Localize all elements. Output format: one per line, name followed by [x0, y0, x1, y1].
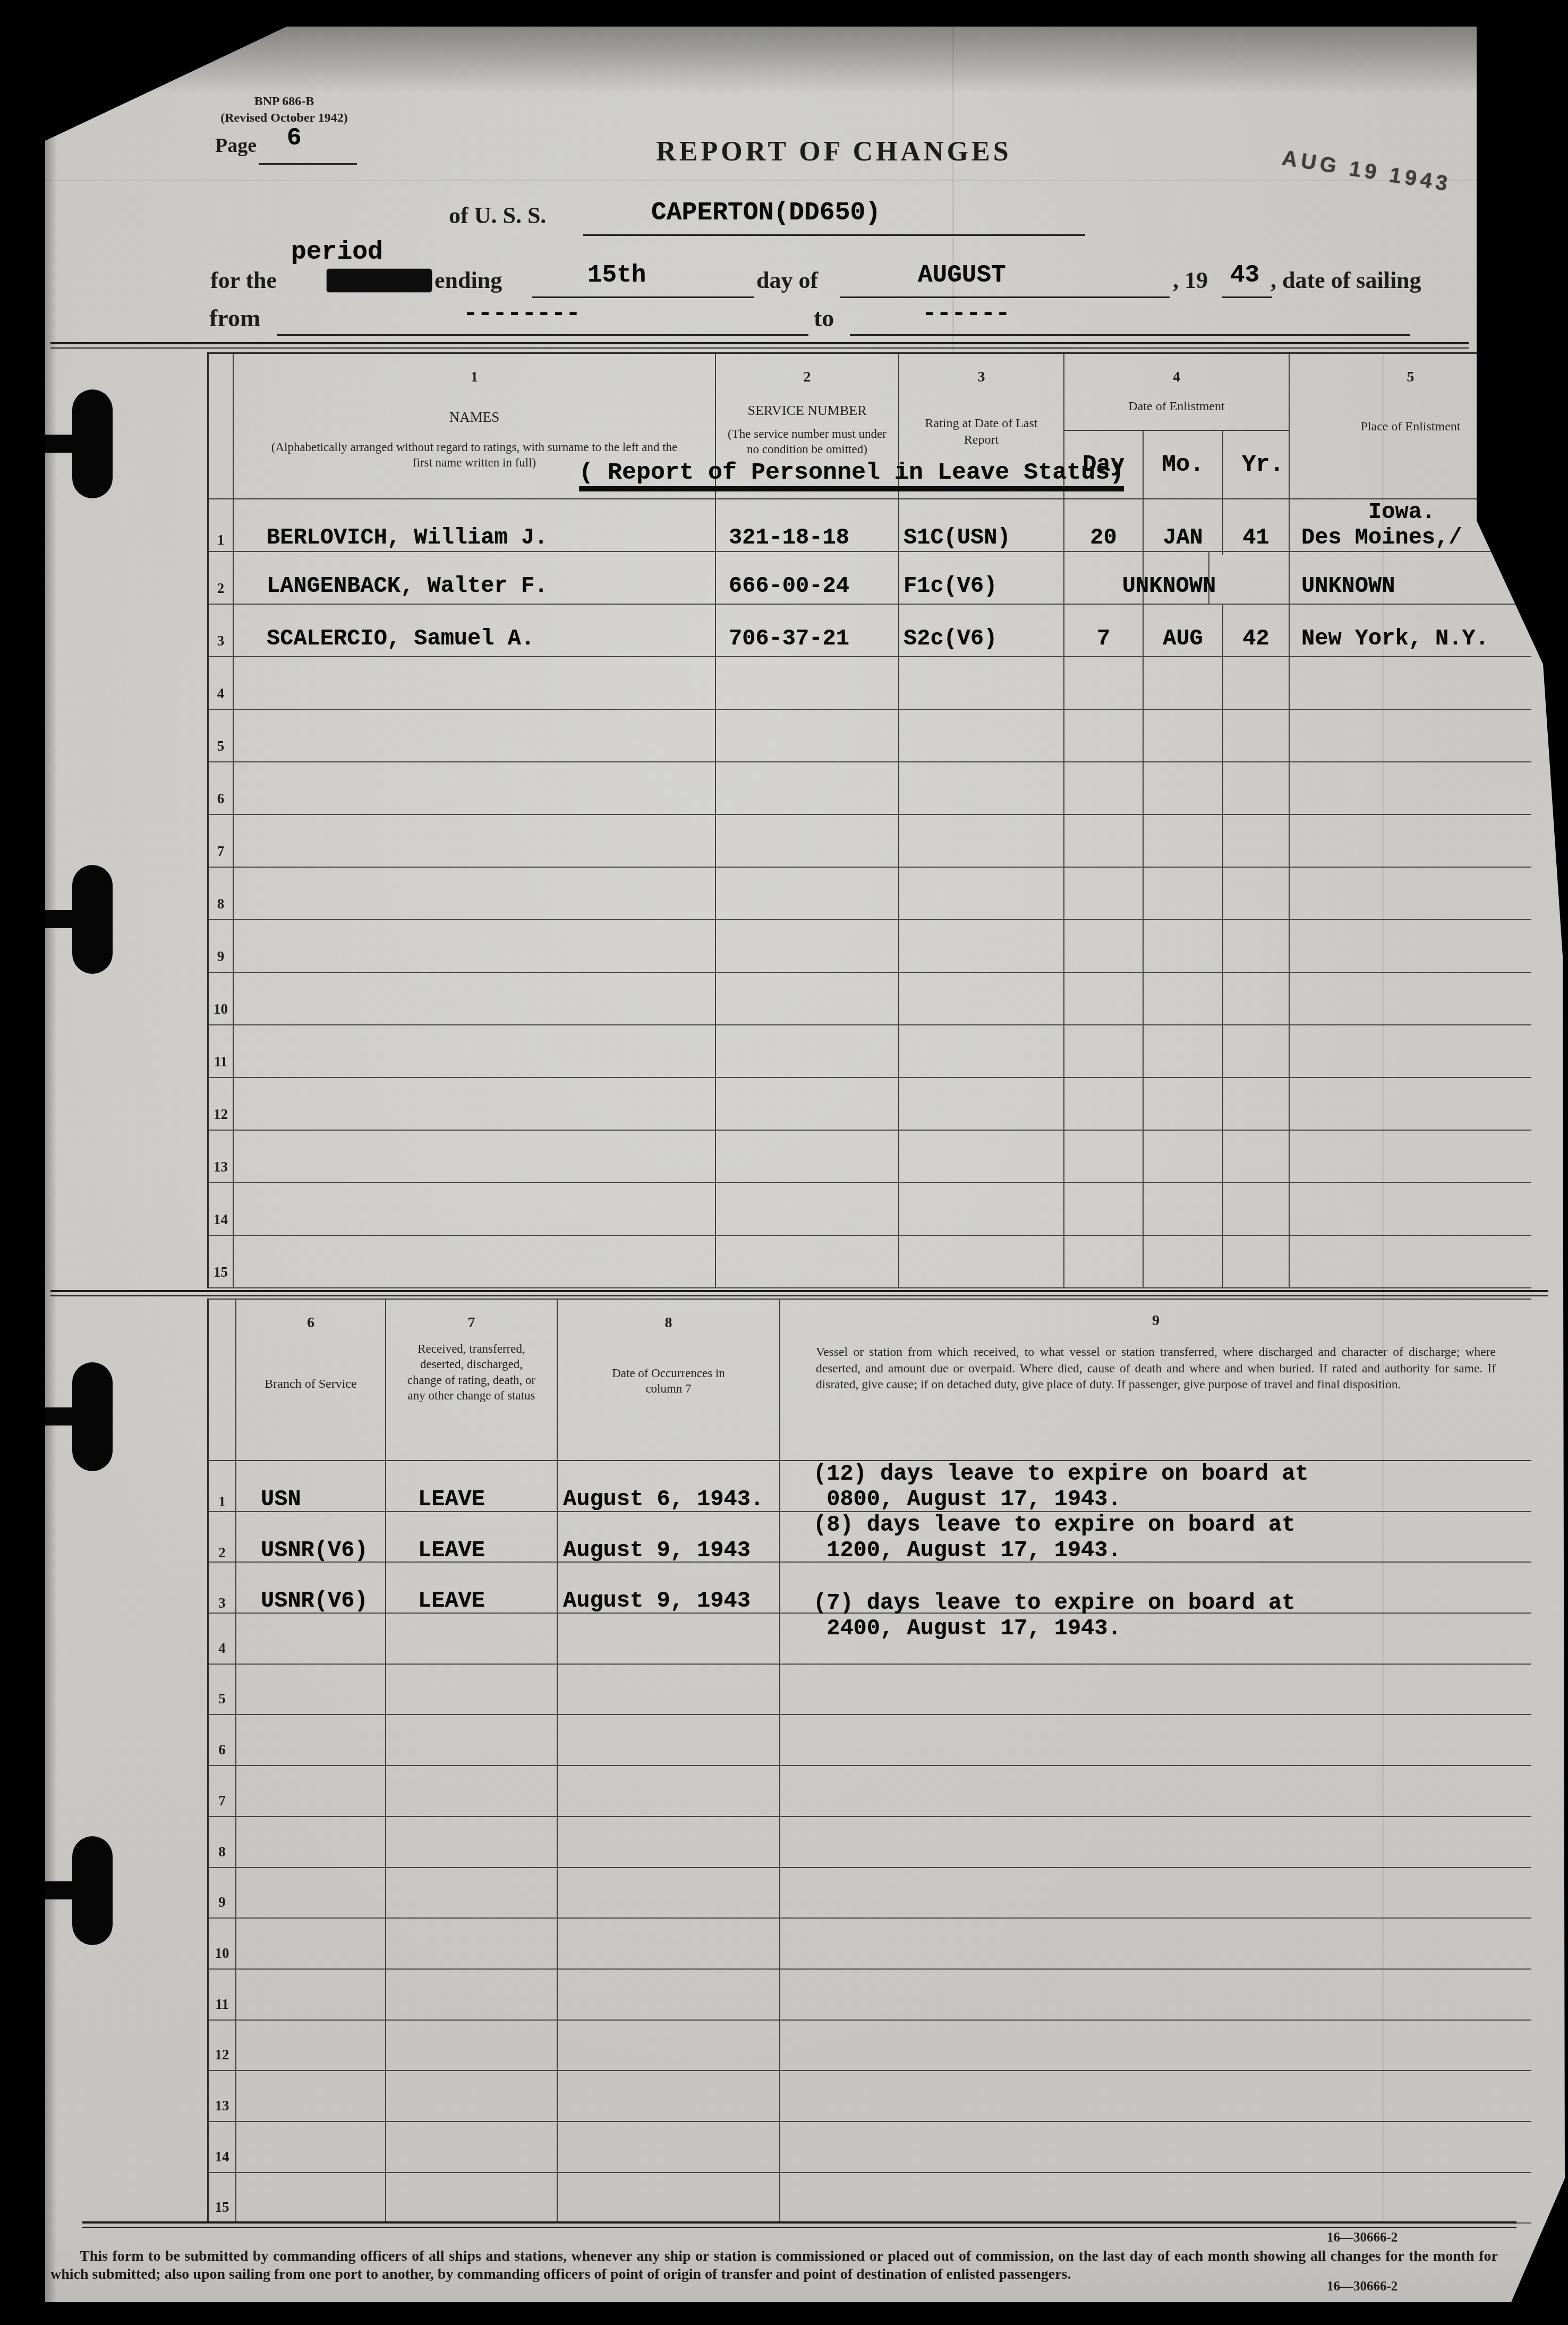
table-row: 7: [209, 815, 1531, 868]
enlist-year-cell: [1223, 1078, 1290, 1130]
column-number: 3: [978, 369, 985, 386]
enlist-year-cell: [1223, 762, 1290, 814]
footer-divider-rule: [82, 2221, 1516, 2228]
branch-cell: [236, 2071, 386, 2121]
rating-cell: [899, 710, 1064, 761]
ship-name: CAPERTON(DD650): [651, 199, 881, 227]
branch-cell: USNR(V6): [236, 1512, 386, 1568]
date-stamp: AUG 19 1943: [1280, 146, 1453, 197]
change-type-cell: [386, 2021, 558, 2071]
table-row: 1 BERLOVICH, William J. 321-18-18 S1C(US…: [209, 499, 1531, 552]
name-cell: [234, 762, 716, 814]
change-type-cell: [386, 1766, 558, 1816]
row-number: 9: [209, 1868, 236, 1918]
enlist-day-cell: [1064, 1078, 1144, 1130]
table-row: 15: [209, 1236, 1531, 1288]
table-row: 9: [209, 1868, 1531, 1919]
enlist-month-cell: [1144, 920, 1223, 972]
column-number: 6: [307, 1314, 314, 1331]
ending-label: ending: [434, 267, 502, 294]
personnel-table-body: 1 BERLOVICH, William J. 321-18-18 S1C(US…: [209, 499, 1531, 1288]
occurrence-date-cell: August 9, 1943: [558, 1563, 780, 1618]
branch-cell: [236, 2122, 386, 2172]
rating-cell: S1C(USN): [899, 499, 1064, 555]
section-divider-rule: [50, 1290, 1548, 1296]
occurrence-date-cell: [558, 2122, 780, 2172]
enlist-day-cell: [1064, 868, 1144, 919]
branch-cell: [236, 1919, 386, 1968]
enlist-place-cell: [1290, 920, 1531, 972]
enlist-place-cell: Iowa. Des Moines,/: [1290, 499, 1531, 555]
enlist-month-cell: [1144, 815, 1223, 867]
row-number: 3: [209, 1563, 236, 1618]
occurrence-date-cell: [558, 1614, 780, 1664]
name-cell: [234, 657, 716, 709]
to-underline: [850, 334, 1410, 336]
service-number-subtitle: (The service number must under no condit…: [728, 426, 887, 457]
enlist-month-cell: [1144, 1183, 1223, 1235]
remarks-cell: [780, 2122, 1531, 2172]
enlist-day-cell: [1064, 657, 1144, 709]
table-row: 11: [209, 1025, 1531, 1078]
service-number-cell: [716, 1131, 899, 1182]
occurrence-date-cell: [558, 1817, 780, 1867]
enlist-place-cell: [1290, 1025, 1531, 1077]
rating-cell: [899, 973, 1064, 1024]
branch-cell: [236, 1614, 386, 1664]
enlist-month-cell: [1144, 868, 1223, 919]
page-title: REPORT OF CHANGES: [653, 136, 1015, 167]
enlist-month-cell: [1144, 762, 1223, 814]
service-number-cell: [716, 920, 899, 972]
name-cell: [234, 1131, 716, 1182]
enlist-month-cell: [1144, 657, 1223, 709]
rating-cell: [899, 1236, 1064, 1287]
enlist-place-cell: New York, N.Y.: [1290, 605, 1531, 656]
enlistment-place-header-cell: 5 Place of Enlistment: [1290, 354, 1531, 498]
enlist-place-cell: UNKNOWN: [1290, 552, 1531, 604]
branch-cell: [236, 1868, 386, 1918]
occurrence-date-cell: [558, 2173, 780, 2223]
column-number: 2: [804, 369, 811, 386]
left-edge-shadow: [45, 0, 57, 2325]
change-type-cell: [386, 2173, 558, 2223]
enlist-month-cell: [1144, 1025, 1223, 1077]
enlist-place-cell: [1290, 973, 1531, 1024]
enlist-place-cell: [1290, 1078, 1531, 1130]
service-number-cell: [716, 1183, 899, 1235]
table-row: 6: [209, 762, 1531, 815]
scanned-document-page: { "page": { "form_number": "BNP 686-B", …: [0, 0, 1568, 2325]
name-cell: [234, 1078, 716, 1130]
row-number-header-cell: [209, 354, 234, 498]
table-row: 10: [209, 1919, 1531, 1970]
rating-cell: [899, 815, 1064, 867]
year-value: 43: [1230, 261, 1259, 289]
column-number: 9: [1152, 1312, 1160, 1329]
row-number: 7: [209, 815, 234, 867]
row-number: 9: [209, 920, 234, 972]
table-row: 12: [209, 1078, 1531, 1131]
change-type-cell: [386, 2122, 558, 2172]
rating-cell: F1c(V6): [899, 552, 1064, 604]
service-number-title: SERVICE NUMBER: [748, 403, 867, 419]
name-cell: [234, 920, 716, 972]
punch-hole-slit: [45, 1407, 79, 1425]
month-underline: [840, 296, 1170, 298]
print-code: 16—30666-2: [1327, 2230, 1397, 2245]
changes-table: 6 Branch of Service 7 Received, transfer…: [207, 1299, 1531, 2224]
column-number: 8: [665, 1314, 672, 1331]
row-number: 5: [209, 1665, 236, 1715]
table-row: 14: [209, 1183, 1531, 1236]
table-row: 9: [209, 920, 1531, 973]
occurrence-date-cell: [558, 1766, 780, 1816]
name-cell: SCALERCIO, Samuel A.: [234, 605, 716, 656]
enlist-month-cell: [1144, 1236, 1223, 1287]
to-label: to: [814, 304, 834, 332]
remarks-cell: [780, 1766, 1531, 1816]
branch-cell: [236, 1970, 386, 2019]
footer-note: This form to be submitted by commanding …: [50, 2247, 1498, 2283]
table-row: 8: [209, 868, 1531, 920]
occurrence-date-title: Date of Occurrences in column 7: [595, 1365, 742, 1397]
enlist-place-cell: [1290, 762, 1531, 814]
service-number-cell: [716, 1025, 899, 1077]
service-number-cell: [716, 657, 899, 709]
table-row: 11: [209, 1970, 1531, 2021]
row-number: 13: [209, 2071, 236, 2121]
change-type-title: Received, transferred, deserted, dischar…: [402, 1341, 541, 1404]
remarks-cell: [780, 1817, 1531, 1867]
vessel-remarks-title: Vessel or station from which received, t…: [816, 1344, 1496, 1393]
row-number: 1: [209, 1461, 236, 1517]
enlist-day-cell: [1064, 973, 1144, 1024]
change-type-header-cell: 7 Received, transferred, deserted, disch…: [386, 1300, 558, 1460]
change-type-cell: [386, 1868, 558, 1918]
enlist-day-cell: [1064, 815, 1144, 867]
enlist-month-cell: AUG: [1144, 605, 1223, 656]
table-row: 13: [209, 1131, 1531, 1183]
page-number: 6: [287, 124, 302, 152]
service-number-cell: [716, 1078, 899, 1130]
row-number: 14: [209, 2122, 236, 2172]
enlist-year-cell: [1223, 868, 1290, 919]
enlist-year-cell: [1223, 920, 1290, 972]
ship-name-underline: [583, 234, 1085, 236]
name-cell: BERLOVICH, William J.: [234, 499, 716, 555]
table-row: 15: [209, 2173, 1531, 2224]
page-label: Page: [215, 134, 257, 157]
enlist-year-cell: [1223, 1025, 1290, 1077]
occurrence-date-cell: [558, 1970, 780, 2019]
row-number: 7: [209, 1766, 236, 1816]
table-row: 1 USN LEAVE August 6, 1943. (12) days le…: [209, 1461, 1531, 1512]
enlist-place-cell: [1290, 815, 1531, 867]
enlist-year-cell: [1223, 1183, 1290, 1235]
table-row: 13: [209, 2071, 1531, 2122]
top-edge-shadow: [0, 24, 1568, 94]
form-number-block: BNP 686-B (Revised October 1942): [197, 94, 372, 126]
vessel-remarks-header-cell: 9 Vessel or station from which received,…: [780, 1300, 1531, 1460]
rating-cell: [899, 868, 1064, 919]
period-month-value: AUGUST: [918, 261, 1006, 289]
column-number: 1: [471, 369, 478, 386]
name-cell: [234, 1236, 716, 1287]
column-number: 7: [468, 1314, 475, 1331]
from-label: from: [209, 304, 260, 332]
rating-cell: [899, 920, 1064, 972]
enlist-place-cell: [1290, 1131, 1531, 1182]
section-divider-rule: [50, 342, 1469, 349]
remarks-cell: [780, 1868, 1531, 1918]
service-number-cell: 321-18-18: [716, 499, 899, 555]
year-subheader: Yr.: [1230, 431, 1296, 498]
column-number: 4: [1173, 369, 1180, 386]
row-number: 11: [209, 1970, 236, 2019]
change-type-cell: LEAVE: [386, 1461, 558, 1517]
enlist-year-cell: [1223, 1131, 1290, 1182]
remarks-cell: [780, 1919, 1531, 1968]
row-number: 10: [209, 1919, 236, 1968]
branch-cell: USNR(V6): [236, 1563, 386, 1618]
enlist-day-cell: [1064, 762, 1144, 814]
name-cell: [234, 1025, 716, 1077]
table-row: 7: [209, 1766, 1531, 1817]
enlist-year-cell: [1223, 552, 1290, 604]
occurrence-date-cell: [558, 2021, 780, 2071]
rating-cell: [899, 1131, 1064, 1182]
occurrence-date-cell: [558, 1919, 780, 1968]
branch-cell: [236, 1665, 386, 1715]
name-cell: [234, 1183, 716, 1235]
table-row: 3 SCALERCIO, Samuel A. 706-37-21 S2c(V6)…: [209, 605, 1531, 657]
print-code: 16—30666-2: [1327, 2279, 1397, 2294]
enlist-year-cell: [1223, 973, 1290, 1024]
change-type-cell: [386, 1715, 558, 1765]
paper-sheet: BNP 686-B (Revised October 1942) Page 6 …: [0, 0, 1568, 2325]
table-row: 3 USNR(V6) LEAVE August 9, 1943 (7) days…: [209, 1563, 1531, 1614]
day-of-label: day of: [756, 267, 818, 294]
table-row: 8: [209, 1817, 1531, 1868]
for-the-label: for the: [210, 267, 277, 294]
sailing-label: , date of sailing: [1271, 267, 1421, 294]
row-number: 13: [209, 1131, 234, 1182]
branch-cell: [236, 1715, 386, 1765]
enlist-month-cell: [1144, 1078, 1223, 1130]
enlist-month-cell: UNKNOWN: [1130, 552, 1209, 604]
enlist-year-cell: 42: [1223, 605, 1290, 656]
enlist-day-cell: [1064, 1025, 1144, 1077]
branch-title: Branch of Service: [265, 1376, 356, 1393]
name-cell: LANGENBACK, Walter F.: [234, 552, 716, 604]
column-number: 5: [1407, 369, 1414, 386]
to-value: ------: [922, 300, 1010, 327]
service-number-cell: [716, 973, 899, 1024]
enlist-day-cell: 20: [1064, 499, 1144, 555]
remarks-cell: [780, 1970, 1531, 2019]
rating-cell: [899, 1025, 1064, 1077]
enlist-place-cell: [1290, 657, 1531, 709]
enlist-day-cell: [1064, 1236, 1144, 1287]
from-underline: [277, 334, 808, 336]
branch-header-cell: 6 Branch of Service: [236, 1300, 386, 1460]
names-title: NAMES: [449, 409, 500, 426]
row-number: 6: [209, 1715, 236, 1765]
remarks-cell: [780, 2071, 1531, 2121]
changes-table-header: 6 Branch of Service 7 Received, transfer…: [209, 1300, 1531, 1461]
day-underline: [532, 296, 754, 298]
occurrence-date-cell: August 9, 1943: [558, 1512, 780, 1568]
name-cell: [234, 815, 716, 867]
row-number-header-cell: [209, 1300, 236, 1460]
page-number-underline: [259, 163, 357, 165]
row-number: 8: [209, 868, 234, 919]
row-number: 5: [209, 710, 234, 761]
change-type-cell: [386, 1817, 558, 1867]
period-overtype: period: [291, 238, 383, 267]
paper-crease: [45, 180, 1477, 181]
form-number: BNP 686-B: [197, 94, 372, 110]
service-number-cell: [716, 868, 899, 919]
leave-status-banner: ( Report of Personnel in Leave Status): [579, 459, 1124, 491]
rating-cell: [899, 1078, 1064, 1130]
service-number-cell: [716, 710, 899, 761]
table-row: 6: [209, 1715, 1531, 1766]
occurrence-date-cell: [558, 1715, 780, 1765]
change-type-cell: [386, 1919, 558, 1968]
changes-table-body: 1 USN LEAVE August 6, 1943. (12) days le…: [209, 1461, 1531, 2224]
branch-cell: [236, 1817, 386, 1867]
table-row: 5: [209, 710, 1531, 762]
table-row: 12: [209, 2021, 1531, 2072]
name-cell: [234, 868, 716, 919]
enlist-place-cell: [1290, 710, 1531, 761]
enlist-year-cell: [1223, 710, 1290, 761]
occurrence-date-cell: [558, 1665, 780, 1715]
change-type-cell: LEAVE: [386, 1512, 558, 1568]
month-subheader: Mo.: [1144, 431, 1223, 498]
enlistment-date-header-top: 4 Date of Enlistment: [1064, 354, 1289, 430]
remarks-cell: [780, 2021, 1531, 2071]
change-type-cell: LEAVE: [386, 1563, 558, 1618]
enlist-place-cell: [1290, 868, 1531, 919]
branch-cell: USN: [236, 1461, 386, 1517]
enlist-year-cell: [1223, 657, 1290, 709]
row-number: 12: [209, 2021, 236, 2071]
row-number: 1: [209, 499, 234, 555]
name-cell: [234, 710, 716, 761]
enlist-month-cell: [1144, 1131, 1223, 1182]
enlist-day-cell: [1064, 710, 1144, 761]
enlist-year-cell: [1223, 815, 1290, 867]
table-row: 10: [209, 973, 1531, 1025]
enlist-place-cell: [1290, 1236, 1531, 1287]
row-number: 8: [209, 1817, 236, 1867]
enlist-day-cell: [1064, 920, 1144, 972]
enlist-year-cell: 41: [1223, 499, 1290, 555]
row-number: 4: [209, 1614, 236, 1664]
branch-cell: [236, 1766, 386, 1816]
enlist-place-cell: [1290, 1183, 1531, 1235]
table-row: 5: [209, 1665, 1531, 1716]
rating-cell: [899, 1183, 1064, 1235]
remarks-cell: (8) days leave to expire on board at 120…: [780, 1512, 1531, 1568]
row-number: 4: [209, 657, 234, 709]
punch-hole-slit: [45, 435, 79, 453]
change-type-cell: [386, 1665, 558, 1715]
punch-hole-slit: [45, 910, 79, 928]
punch-hole-slit: [45, 1881, 79, 1899]
enlist-month-cell: [1144, 973, 1223, 1024]
remarks-cell: [780, 1665, 1531, 1715]
table-row: 4: [209, 657, 1531, 710]
branch-cell: [236, 2173, 386, 2223]
change-type-cell: [386, 1614, 558, 1664]
branch-cell: [236, 2021, 386, 2071]
row-number: 15: [209, 2173, 236, 2223]
service-number-cell: [716, 762, 899, 814]
enlist-day-cell: 7: [1064, 605, 1144, 656]
row-number: 2: [209, 1512, 236, 1568]
service-number-cell: 706-37-21: [716, 605, 899, 656]
service-number-cell: [716, 815, 899, 867]
form-revision: (Revised October 1942): [197, 110, 372, 126]
of-uss-label: of U. S. S.: [449, 202, 546, 229]
row-number: 14: [209, 1183, 234, 1235]
occurrence-date-cell: [558, 2071, 780, 2121]
enlist-year-cell: [1223, 1236, 1290, 1287]
occurrence-date-header-cell: 8 Date of Occurrences in column 7: [558, 1300, 780, 1460]
rating-cell: [899, 657, 1064, 709]
row-number: 6: [209, 762, 234, 814]
row-number: 11: [209, 1025, 234, 1077]
name-cell: [234, 973, 716, 1024]
service-number-cell: 666-00-24: [716, 552, 899, 604]
table-row: 2 USNR(V6) LEAVE August 9, 1943 (8) days…: [209, 1512, 1531, 1563]
enlistment-date-title: Date of Enlistment: [1128, 398, 1224, 415]
enlist-month-cell: JAN: [1144, 499, 1223, 555]
enlist-month-cell: [1144, 710, 1223, 761]
remarks-cell: (12) days leave to expire on board at 08…: [780, 1461, 1531, 1517]
change-type-cell: [386, 2071, 558, 2121]
year-underline: [1222, 296, 1272, 298]
enlist-day-cell: [1064, 1183, 1144, 1235]
period-day-value: 15th: [587, 261, 646, 289]
table-row: 14: [209, 2122, 1531, 2173]
change-type-cell: [386, 1970, 558, 2019]
occurrence-date-cell: August 6, 1943.: [558, 1461, 780, 1517]
enlist-day-cell: [1064, 1131, 1144, 1182]
row-number: 10: [209, 973, 234, 1024]
remarks-cell: (7) days leave to expire on board at 240…: [780, 1590, 1531, 1646]
occurrence-date-cell: [558, 1868, 780, 1918]
row-number: 15: [209, 1236, 234, 1287]
struck-out-word: [327, 269, 432, 292]
remarks-cell: [780, 1715, 1531, 1765]
remarks-cell: [780, 2173, 1531, 2223]
rating-title: Rating at Date of Last Report: [922, 415, 1041, 448]
row-number: 2: [209, 552, 234, 604]
enlistment-place-title: Place of Enlistment: [1361, 419, 1461, 435]
personnel-table: 1 NAMES (Alphabetically arranged without…: [207, 352, 1531, 1288]
rating-cell: [899, 762, 1064, 814]
year-prefix: , 19: [1173, 267, 1208, 294]
service-number-cell: [716, 1236, 899, 1287]
rating-cell: S2c(V6): [899, 605, 1064, 656]
from-value: --------: [463, 300, 581, 327]
row-number: 3: [209, 605, 234, 656]
